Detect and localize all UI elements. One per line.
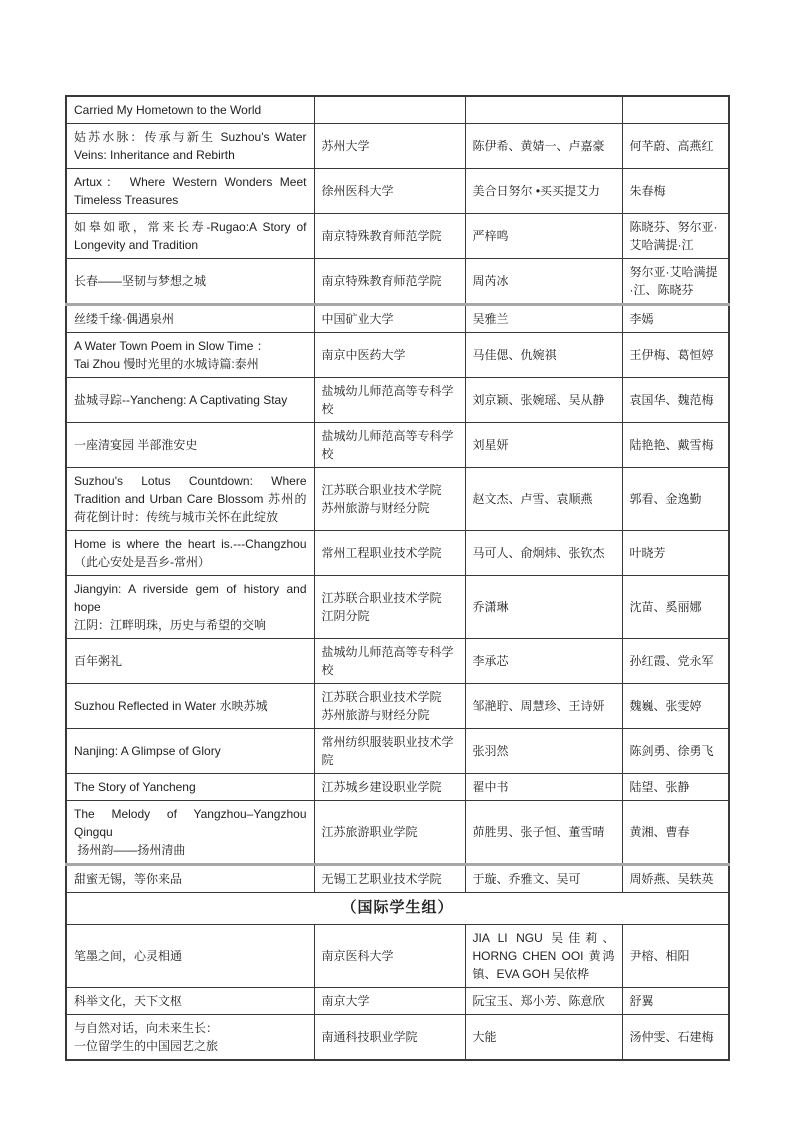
work-title-cell: Jiangyin: A riverside gem of history and… xyxy=(66,576,314,639)
school-cell: 江苏旅游职业学院 xyxy=(314,801,465,865)
work-title-cell: 盐城寻踪--Yancheng: A Captivating Stay xyxy=(66,378,314,423)
school-cell: 盐城幼儿师范高等专科学校 xyxy=(314,378,465,423)
results-table: Carried My Hometown to the World姑苏水脉：传承与… xyxy=(65,95,730,1061)
authors-cell: 马佳偲、仇婉祺 xyxy=(465,333,622,378)
authors-cell: 吴雅兰 xyxy=(465,305,622,333)
table-row: 甜蜜无锡，等你来品无锡工艺职业技术学院于璇、乔雅文、吴可周娇燕、吴轶英 xyxy=(66,865,729,893)
table-row: 一座清宴园 半部淮安史盐城幼儿师范高等专科学校刘星妍陆艳艳、戴雪梅 xyxy=(66,423,729,468)
work-title-cell: The Story of Yancheng xyxy=(66,774,314,801)
school-cell: 南京大学 xyxy=(314,987,465,1014)
school-cell: 无锡工艺职业技术学院 xyxy=(314,865,465,893)
advisors-cell xyxy=(622,96,729,124)
school-cell: 南通科技职业学院 xyxy=(314,1014,465,1060)
table-row: 如皋如歌，常来长寿-Rugao:A Story of Longevity and… xyxy=(66,214,729,259)
table-row: The Melody of Yangzhou–Yangzhou Qingqu 扬… xyxy=(66,801,729,865)
advisors-cell: 何芊蔚、高燕红 xyxy=(622,124,729,169)
authors-cell: 邹滟聍、周慧珍、王诗妍 xyxy=(465,684,622,729)
work-title-cell: Suzhou's Lotus Countdown: Where Traditio… xyxy=(66,468,314,531)
school-cell: 南京医科大学 xyxy=(314,924,465,987)
work-title-cell: 百年粥礼 xyxy=(66,639,314,684)
table-row: Nanjing: A Glimpse of Glory常州纺织服装职业技术学院张… xyxy=(66,729,729,774)
school-cell: 中国矿业大学 xyxy=(314,305,465,333)
school-cell: 常州纺织服装职业技术学院 xyxy=(314,729,465,774)
work-title-cell: 如皋如歌，常来长寿-Rugao:A Story of Longevity and… xyxy=(66,214,314,259)
work-title-cell: The Melody of Yangzhou–Yangzhou Qingqu 扬… xyxy=(66,801,314,865)
advisors-cell: 李嫣 xyxy=(622,305,729,333)
school-cell: 南京特殊教育师范学院 xyxy=(314,214,465,259)
advisors-cell: 袁国华、魏范梅 xyxy=(622,378,729,423)
authors-cell: 美合日努尔 •买买提艾力 xyxy=(465,169,622,214)
advisors-cell: 王伊梅、葛恒婷 xyxy=(622,333,729,378)
work-title-cell: Artux： Where Western Wonders Meet Timele… xyxy=(66,169,314,214)
table-row: 百年粥礼盐城幼儿师范高等专科学校李承芯孙红霞、党永军 xyxy=(66,639,729,684)
table-row: 姑苏水脉：传承与新生 Suzhou's Water Veins: Inherit… xyxy=(66,124,729,169)
advisors-cell: 陈剑勇、徐勇飞 xyxy=(622,729,729,774)
table-row: Suzhou Reflected in Water 水映苏城江苏联合职业技术学院… xyxy=(66,684,729,729)
work-title-cell: Suzhou Reflected in Water 水映苏城 xyxy=(66,684,314,729)
table-row: 长春——坚韧与梦想之城南京特殊教育师范学院周芮冰努尔亚·艾哈满提·江、陈晓芬 xyxy=(66,259,729,305)
work-title-cell: 长春——坚韧与梦想之城 xyxy=(66,259,314,305)
table-row: 笔墨之间，心灵相通南京医科大学JIA LI NGU 吴佳莉、HORNG CHEN… xyxy=(66,924,729,987)
authors-cell: 张羽然 xyxy=(465,729,622,774)
work-title-cell: 丝缕千缘·偶遇泉州 xyxy=(66,305,314,333)
table-row: Suzhou's Lotus Countdown: Where Traditio… xyxy=(66,468,729,531)
table-row: The Story of Yancheng江苏城乡建设职业学院翟中书陆望、张静 xyxy=(66,774,729,801)
advisors-cell: 舒翼 xyxy=(622,987,729,1014)
advisors-cell: 努尔亚·艾哈满提·江、陈晓芬 xyxy=(622,259,729,305)
authors-cell: 周芮冰 xyxy=(465,259,622,305)
authors-cell: JIA LI NGU 吴佳莉、HORNG CHEN OOI 黄鸿镇、EVA GO… xyxy=(465,924,622,987)
authors-cell: 马可人、俞炯炜、张钦杰 xyxy=(465,531,622,576)
work-title-cell: 姑苏水脉：传承与新生 Suzhou's Water Veins: Inherit… xyxy=(66,124,314,169)
work-title-cell: A Water Town Poem in Slow Time ： Tai Zho… xyxy=(66,333,314,378)
work-title-cell: Home is where the heart is.---Changzhou … xyxy=(66,531,314,576)
authors-cell: 严梓鸣 xyxy=(465,214,622,259)
advisors-cell: 周娇燕、吴轶英 xyxy=(622,865,729,893)
authors-cell: 阮宝玉、郑小芳、陈意欣 xyxy=(465,987,622,1014)
document-page: Carried My Hometown to the World姑苏水脉：传承与… xyxy=(0,0,794,1123)
advisors-cell: 孙红霞、党永军 xyxy=(622,639,729,684)
authors-cell: 赵文杰、卢雪、袁顺燕 xyxy=(465,468,622,531)
advisors-cell: 黄湘、曹春 xyxy=(622,801,729,865)
school-cell: 苏州大学 xyxy=(314,124,465,169)
authors-cell: 大能 xyxy=(465,1014,622,1060)
school-cell: 盐城幼儿师范高等专科学校 xyxy=(314,423,465,468)
authors-cell: 于璇、乔雅文、吴可 xyxy=(465,865,622,893)
advisors-cell: 陆望、张静 xyxy=(622,774,729,801)
advisors-cell: 尹榕、相阳 xyxy=(622,924,729,987)
work-title-cell: Nanjing: A Glimpse of Glory xyxy=(66,729,314,774)
work-title-cell: 甜蜜无锡，等你来品 xyxy=(66,865,314,893)
school-cell: 江苏联合职业技术学院 苏州旅游与财经分院 xyxy=(314,684,465,729)
school-cell: 盐城幼儿师范高等专科学校 xyxy=(314,639,465,684)
school-cell: 江苏联合职业技术学院 苏州旅游与财经分院 xyxy=(314,468,465,531)
advisors-cell: 魏巍、张雯婷 xyxy=(622,684,729,729)
advisors-cell: 叶晓芳 xyxy=(622,531,729,576)
advisors-cell: 朱春梅 xyxy=(622,169,729,214)
authors-cell xyxy=(465,96,622,124)
advisors-cell: 汤仲雯、石建梅 xyxy=(622,1014,729,1060)
work-title-cell: 一座清宴园 半部淮安史 xyxy=(66,423,314,468)
work-title-cell: 笔墨之间，心灵相通 xyxy=(66,924,314,987)
table-row: 与自然对话，向未来生长： 一位留学生的中国园艺之旅南通科技职业学院大能汤仲雯、石… xyxy=(66,1014,729,1060)
table-row: 科举文化，天下文枢南京大学阮宝玉、郑小芳、陈意欣舒翼 xyxy=(66,987,729,1014)
work-title-cell: Carried My Hometown to the World xyxy=(66,96,314,124)
table-row: Artux： Where Western Wonders Meet Timele… xyxy=(66,169,729,214)
table-row: 丝缕千缘·偶遇泉州中国矿业大学吴雅兰李嫣 xyxy=(66,305,729,333)
school-cell: 南京中医药大学 xyxy=(314,333,465,378)
group-header-row: （国际学生组） xyxy=(66,893,729,925)
table-row: A Water Town Poem in Slow Time ： Tai Zho… xyxy=(66,333,729,378)
school-cell: 南京特殊教育师范学院 xyxy=(314,259,465,305)
work-title-cell: 与自然对话，向未来生长： 一位留学生的中国园艺之旅 xyxy=(66,1014,314,1060)
authors-cell: 翟中书 xyxy=(465,774,622,801)
school-cell: 徐州医科大学 xyxy=(314,169,465,214)
authors-cell: 刘京颖、张婉瑶、吴从静 xyxy=(465,378,622,423)
advisors-cell: 郭看、金逸勤 xyxy=(622,468,729,531)
advisors-cell: 陆艳艳、戴雪梅 xyxy=(622,423,729,468)
authors-cell: 茆胜男、张子恒、董雪晴 xyxy=(465,801,622,865)
table-row: 盐城寻踪--Yancheng: A Captivating Stay盐城幼儿师范… xyxy=(66,378,729,423)
advisors-cell: 沈苗、奚丽娜 xyxy=(622,576,729,639)
school-cell xyxy=(314,96,465,124)
authors-cell: 乔潇琳 xyxy=(465,576,622,639)
authors-cell: 李承芯 xyxy=(465,639,622,684)
authors-cell: 刘星妍 xyxy=(465,423,622,468)
table-row: Carried My Hometown to the World xyxy=(66,96,729,124)
advisors-cell: 陈晓芬、努尔亚·艾哈满提·江 xyxy=(622,214,729,259)
work-title-cell: 科举文化，天下文枢 xyxy=(66,987,314,1014)
group-header-label: （国际学生组） xyxy=(66,893,729,925)
results-table-body: Carried My Hometown to the World姑苏水脉：传承与… xyxy=(66,96,729,1060)
school-cell: 常州工程职业技术学院 xyxy=(314,531,465,576)
school-cell: 江苏城乡建设职业学院 xyxy=(314,774,465,801)
authors-cell: 陈伊希、黄婧一、卢嘉豪 xyxy=(465,124,622,169)
table-row: Home is where the heart is.---Changzhou … xyxy=(66,531,729,576)
table-row: Jiangyin: A riverside gem of history and… xyxy=(66,576,729,639)
school-cell: 江苏联合职业技术学院 江阴分院 xyxy=(314,576,465,639)
